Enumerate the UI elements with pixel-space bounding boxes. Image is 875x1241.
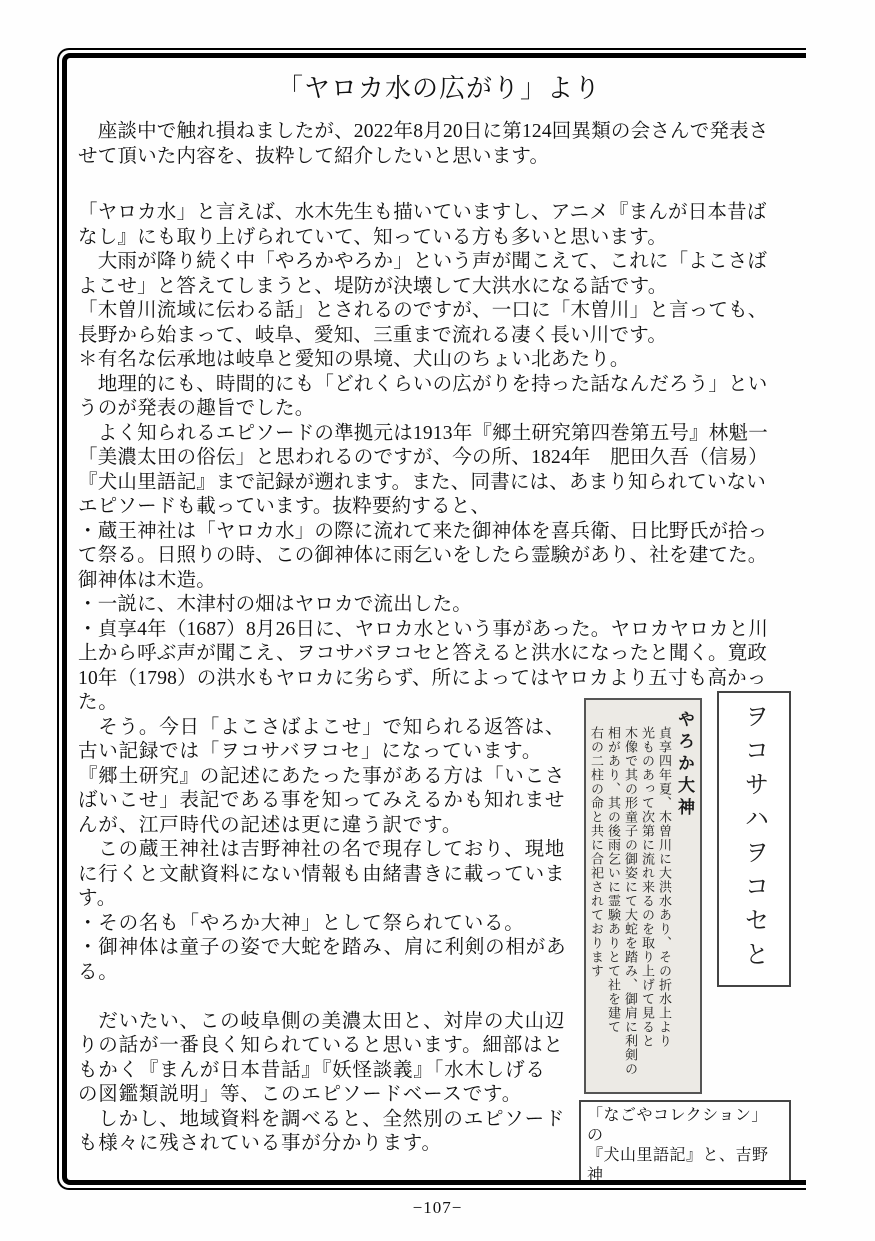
figure-column: やろか大神 貞享四年夏、木曽川に大洪水あり、その折水上より 光ものあって次第に流… (575, 691, 800, 1180)
article-content: 「ヤロカ水の広がり」より 座談中で触れ損ねましたが、2022年8月20日に第12… (67, 58, 806, 1180)
figure-caption: 「なごやコレクション」の 『犬山里語記』と、吉野神 社由緒書きより (579, 1100, 791, 1180)
body-paragraph-wide: 「ヤロカ水」と言えば、水木先生も描いていますし、アニメ『まんが日本昔ば なし』に… (78, 201, 800, 691)
figure-row: やろか大神 貞享四年夏、木曽川に大洪水あり、その折水上より 光ものあって次第に流… (575, 691, 791, 1094)
shrine-engi-text: 貞享四年夏、木曽川に大洪水あり、その折水上より 光ものあって次第に流れ来るのを取… (588, 706, 673, 1086)
page: 「ヤロカ水の広がり」より 座談中で触れ損ねましたが、2022年8月20日に第12… (0, 0, 875, 1241)
page-frame-inner-border: 「ヤロカ水の広がり」より 座談中で触れ損ねましたが、2022年8月20日に第12… (62, 53, 806, 1185)
shrine-engi-figure: やろか大神 貞享四年夏、木曽川に大洪水あり、その折水上より 光ものあって次第に流… (584, 698, 702, 1094)
intro-paragraph: 座談中で触れ損ねましたが、2022年8月20日に第124回異類の会さんで発表さ … (78, 120, 800, 169)
page-number: −107− (0, 1198, 875, 1218)
article-title: 「ヤロカ水の広がり」より (78, 72, 800, 106)
shrine-engi-title: やろか大神 (673, 706, 695, 1086)
calligraphy-strip-figure: ヲコサハヲコセと (717, 691, 791, 987)
calligraphy-strip-text: ヲコサハヲコセと (741, 703, 768, 975)
page-frame-outer-border: 「ヤロカ水の広がり」より 座談中で触れ損ねましたが、2022年8月20日に第12… (57, 48, 806, 1190)
